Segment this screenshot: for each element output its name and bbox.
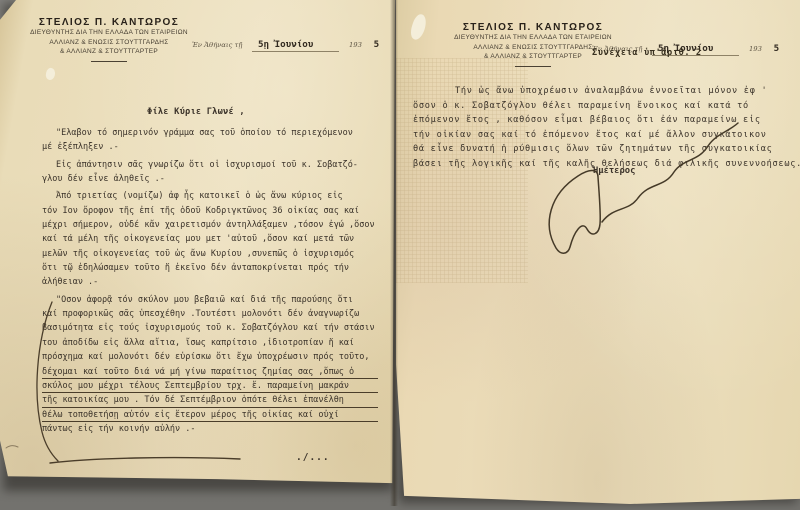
paper-damage-spot bbox=[408, 13, 428, 42]
continuation-number: Συνέχεια ὑπ'ἀριθ. 2 bbox=[592, 48, 702, 58]
letter-page-1: ΣΤΕΛΙΟΣ Π. ΚΑΝΤΩΡΟΣ ΔΙΕΥΘΥΝΤΗΣ ΔΙΑ ΤΗΝ Ε… bbox=[0, 0, 395, 495]
letterhead-company-line-2: & ΑΛΛΙΑΝΖ & ΣΤΟΥΤΤΓΑΡΤΕΡ bbox=[452, 53, 614, 62]
body-line: καί τά μέλη τῆς οἰκογενείας μου μετ 'αὐτ… bbox=[42, 232, 378, 246]
body-line-underlined: σκύλος μου μέχρι τέλους Σεπτεμβρίου τρχ.… bbox=[42, 379, 378, 393]
body-line: τόν Ιον ὄροφον τῆς ἐπί τῆς ὁδοῦ Κοδριγκτ… bbox=[42, 204, 378, 218]
body-line: πρόσχημα καί μολονότι δέν εὑρίσκω ὅτι ἔχ… bbox=[42, 350, 378, 364]
letterhead-rule bbox=[515, 66, 551, 67]
letterhead-name: ΣΤΕΛΙΟΣ Π. ΚΑΝΤΩΡΟΣ bbox=[452, 22, 614, 33]
body-line: μέ ἐξέπληξεν .- bbox=[42, 140, 378, 154]
letter-page-2: ΣΤΕΛΙΟΣ Π. ΚΑΝΤΩΡΟΣ ΔΙΕΥΘΥΝΤΗΣ ΔΙΑ ΤΗΝ Ε… bbox=[396, 0, 800, 506]
body-line-underlined: θέλω τοποθετήσῃ αὐτόν εἰς ἕτερον μέρος τ… bbox=[42, 408, 378, 422]
body-line: γλου δέν εἶνε ἀληθεῖς .- bbox=[42, 172, 378, 186]
letterhead-name: ΣΤΕΛΙΟΣ Π. ΚΑΝΤΩΡΟΣ bbox=[28, 17, 190, 28]
salutation: Φίλε Κύριε Γλωνέ , bbox=[147, 107, 245, 117]
letterhead-rule bbox=[91, 61, 127, 62]
date-typed-year: 5 bbox=[372, 39, 380, 50]
letterhead-company-line-2: & ΑΛΛΙΑΝΖ & ΣΤΟΥΤΤΓΑΡΤΕΡ bbox=[28, 48, 190, 57]
body-line: μελῶν τῆς οἰκογενείας τοῦ ὡς ἄνω Κυρίου … bbox=[42, 247, 378, 261]
body-line: ὅτι τῷ ἐδηλώσαμεν τοῦτο ἤ ἐκεῖνο δέν ἀντ… bbox=[42, 261, 378, 275]
margin-pencil-mark bbox=[4, 440, 20, 452]
page-1-body: "Ελαβον τό σημερινόν γράμμα σας τοῦ ὁποί… bbox=[42, 126, 378, 436]
body-line: Ἀπό τριετίας (νομίζω) ἀφ ἧς κατοικεῖ ὁ ὡ… bbox=[42, 189, 378, 203]
body-line: ὅσον ὁ κ. Σοβατζόγλου θέλει παραμείνη ἔν… bbox=[413, 99, 787, 114]
body-line-underlined: τῆς κατοικίας μου . Τόν δέ Σεπτέμβριον ὁ… bbox=[42, 393, 378, 407]
date-printed-year: 193 bbox=[749, 45, 762, 53]
body-line: καί προφορικῶς σᾶς ὑπεσχέθην .Τουτέστι μ… bbox=[42, 307, 378, 321]
letterhead: ΣΤΕΛΙΟΣ Π. ΚΑΝΤΩΡΟΣ ΔΙΕΥΘΥΝΤΗΣ ΔΙΑ ΤΗΝ Ε… bbox=[28, 17, 190, 62]
date-printed-year: 193 bbox=[349, 41, 362, 49]
date-place-label: Ἐν Ἀθήναις τῇ bbox=[192, 41, 242, 49]
margin-bracket-mark bbox=[28, 300, 62, 464]
letterhead: ΣΤΕΛΙΟΣ Π. ΚΑΝΤΩΡΟΣ ΔΙΕΥΘΥΝΤΗΣ ΔΙΑ ΤΗΝ Ε… bbox=[452, 22, 614, 67]
date-line: Ἐν Ἀθήναις τῇ 5ῃ Ἰουνίου 193 5 bbox=[192, 32, 379, 51]
body-line: Τήν ὡς ἄνω ὑποχρέωσιν ἀναλαμβάνω ἐννοεῖτ… bbox=[413, 84, 787, 99]
body-line: βασιμότητα εἰς τούς ἰσχυρισμούς τοῦ κ. Σ… bbox=[42, 321, 378, 335]
body-line: "Οσον ἀφορᾷ τόν σκύλον μου βεβαιῶ καί δι… bbox=[42, 293, 378, 307]
date-typed-year: 5 bbox=[772, 43, 780, 54]
hand-drawn-underline bbox=[48, 454, 244, 466]
page-gutter-shadow bbox=[390, 0, 398, 506]
letterhead-title-line: ΔΙΕΥΘΥΝΤΗΣ ΔΙΑ ΤΗΝ ΕΛΛΑΔΑ ΤΩΝ ΕΤΑΙΡΕΙΩΝ bbox=[28, 29, 190, 38]
body-line: πάντως εἰς τήν κοινήν αὐλήν .- bbox=[42, 422, 378, 436]
body-line: Εἰς ἀπάντησιν σᾶς γνωρίζω ὅτι οἱ ἰσχυρισ… bbox=[42, 158, 378, 172]
continuation-mark: ./... bbox=[296, 452, 330, 463]
paper-damage-spot bbox=[45, 67, 57, 81]
body-line: του ἀποδίδω εἰς ἄλλα αἴτια, ἴσως καπρίτσ… bbox=[42, 336, 378, 350]
body-line-underlined: δέχομαι καί τοῦτο διά νά μή γίνω παραίτι… bbox=[42, 365, 378, 379]
body-line: ἀλήθειαν .- bbox=[42, 275, 378, 289]
letterhead-title-line: ΔΙΕΥΘΥΝΤΗΣ ΔΙΑ ΤΗΝ ΕΛΛΑΔΑ ΤΩΝ ΕΤΑΙΡΕΙΩΝ bbox=[452, 34, 614, 43]
letterhead-company-line-1: ΑΛΛΙΑΝΖ & ΕΝΩΣΙΣ ΣΤΟΥΤΤΓΑΡΔΗΣ bbox=[28, 39, 190, 48]
body-line: μέχρι σήμερον, οὐδέ κἄν χαιρετισμόν ἀντη… bbox=[42, 218, 378, 232]
date-typed-value: 5ῃ Ἰουνίου bbox=[252, 39, 339, 52]
letterhead-company-line-1: ΑΛΛΙΑΝΖ & ΕΝΩΣΙΣ ΣΤΟΥΤΤΓΑΡΔΗΣ bbox=[452, 44, 614, 53]
body-line: "Ελαβον τό σημερινόν γράμμα σας τοῦ ὁποί… bbox=[42, 126, 378, 140]
handwritten-signature bbox=[526, 120, 766, 280]
scan-background: ΣΤΕΛΙΟΣ Π. ΚΑΝΤΩΡΟΣ ΔΙΕΥΘΥΝΤΗΣ ΔΙΑ ΤΗΝ Ε… bbox=[0, 0, 800, 510]
